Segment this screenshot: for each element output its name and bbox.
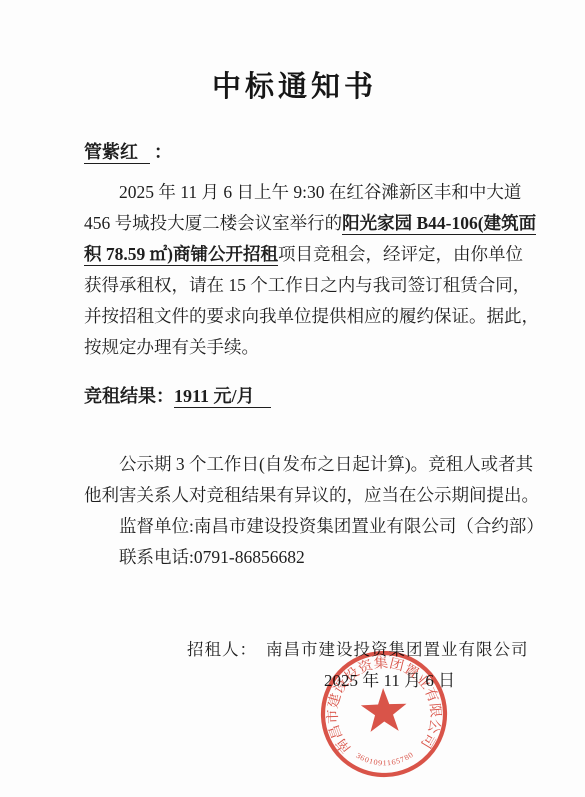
paragraph-line: 公示期 3 个工作日(自发布之日起计算)。竞租人或者其	[84, 449, 506, 480]
paragraph-line: 并按招租文件的要求向我单位提供相应的履约保证。据此，	[84, 301, 506, 332]
lessor-label: 招租人：	[187, 640, 257, 659]
line-text: 项目竞租会，经评定，由你单位	[278, 244, 523, 264]
line-text: 456 号城投大厦二楼会议室举行的	[84, 213, 342, 233]
line-text: 监督单位:南昌市建设投资集团置业有限公司（合约部）	[119, 516, 544, 536]
phone-line: 联系电话:0791-86856682	[84, 542, 506, 573]
seal-star-icon	[360, 687, 407, 732]
paragraph-line: 按规定办理有关手续。	[84, 332, 506, 363]
body-paragraph-2: 公示期 3 个工作日(自发布之日起计算)。竞租人或者其 他利害关系人对竞租结果有…	[84, 449, 506, 573]
bid-result-value: 1911 元/月	[174, 386, 271, 408]
notice-document-page: 中标通知书 管紫红： 2025 年 11 月 6 日上午 9:30 在红谷滩新区…	[0, 0, 585, 797]
company-seal: 南昌市建设投资集团置业有限公司 3601091165780	[315, 645, 454, 784]
line-text: 获得承租权，请在 15 个工作日之内与我司签订租赁合同，	[84, 275, 530, 295]
line-text: 2025 年 11 月 6 日上午 9:30 在红谷滩新区丰和中大道	[119, 182, 521, 202]
paragraph-line: 456 号城投大厦二楼会议室举行的阳光家园 B44-106(建筑面	[84, 208, 506, 239]
paragraph-line: 积 78.59 ㎡)商铺公开招租项目竞租会，经评定，由你单位	[84, 239, 506, 270]
bid-result-line: 竞租结果：1911 元/月	[84, 383, 271, 409]
line-text: 他利害关系人对竞租结果有异议的，应当在公示期间提出。	[84, 485, 539, 505]
paragraph-line: 他利害关系人对竞租结果有异议的，应当在公示期间提出。	[84, 480, 506, 511]
line-text: 并按招租文件的要求向我单位提供相应的履约保证。据此，	[84, 306, 539, 326]
line-text: 联系电话:0791-86856682	[119, 547, 305, 567]
line-text: 公示期 3 个工作日(自发布之日起计算)。竞租人或者其	[119, 454, 533, 474]
paragraph-line: 获得承租权，请在 15 个工作日之内与我司签订租赁合同，	[84, 270, 506, 301]
document-title: 中标通知书	[0, 64, 585, 105]
recipient-colon: ：	[154, 142, 172, 162]
recipient-line: 管紫红：	[84, 140, 172, 164]
body-paragraph-1: 2025 年 11 月 6 日上午 9:30 在红谷滩新区丰和中大道 456 号…	[84, 177, 506, 363]
project-name-emphasis: 积 78.59 ㎡)商铺公开招租	[84, 244, 278, 266]
recipient-name: 管紫红	[84, 142, 150, 164]
bid-result-label: 竞租结果：	[84, 386, 174, 406]
line-text: 按规定办理有关手续。	[84, 337, 259, 357]
paragraph-line: 2025 年 11 月 6 日上午 9:30 在红谷滩新区丰和中大道	[84, 177, 506, 208]
project-name-emphasis: 阳光家园 B44-106(建筑面	[342, 213, 536, 235]
seal-code-text: 3601091165780	[354, 749, 415, 769]
supervisor-line: 监督单位:南昌市建设投资集团置业有限公司（合约部）	[84, 511, 506, 542]
